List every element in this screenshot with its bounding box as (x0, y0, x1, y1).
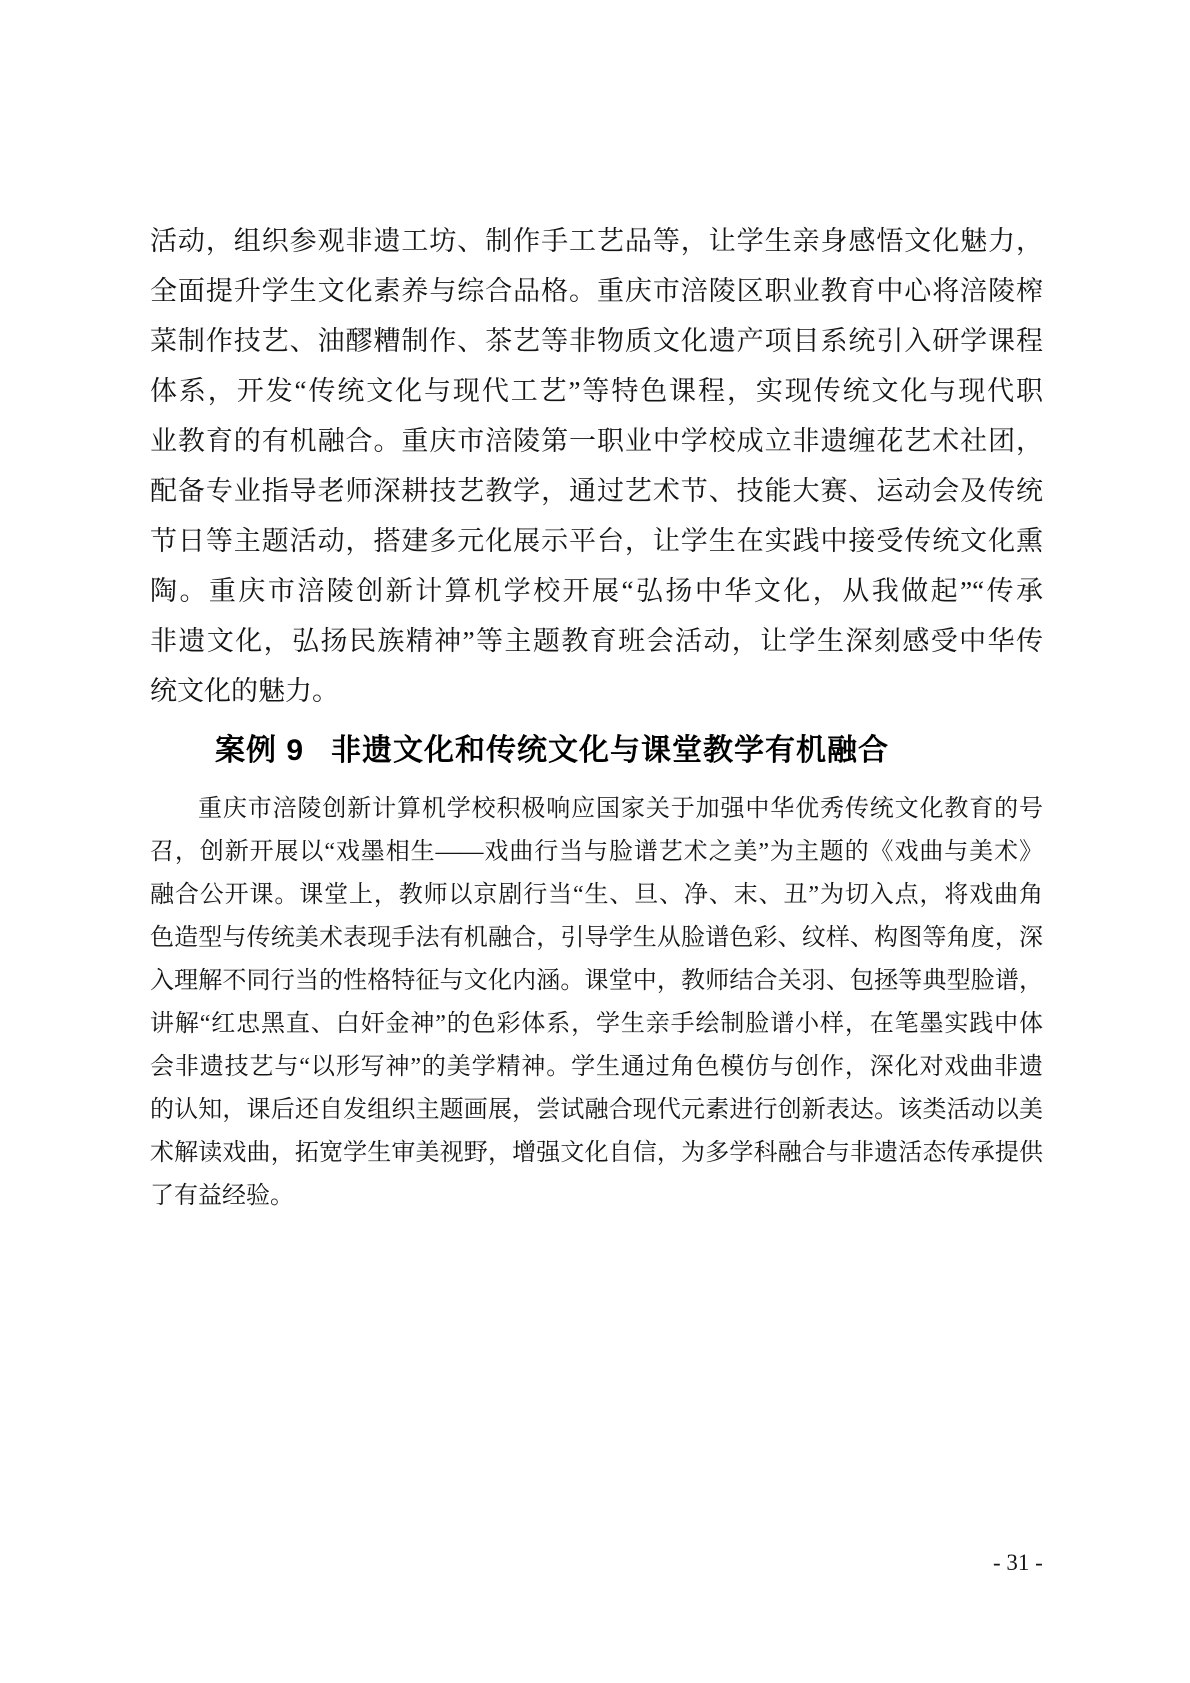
text-line: 融合公开课。课堂上，教师以京剧行当“生、旦、净、末、丑”为切入点，将戏曲角 (150, 874, 1043, 917)
case-number-label: 案例 9 (215, 734, 304, 767)
case-title: 非遗文化和传统文化与课堂教学有机融合 (331, 734, 889, 767)
case-heading: 案例 9非遗文化和传统文化与课堂教学有机融合 (215, 732, 889, 770)
text-line: 活动，组织参观非遗工坊、制作手工艺品等，让学生亲身感悟文化魅力， (150, 216, 1043, 266)
text-line: 体系，开发“传统文化与现代工艺”等特色课程，实现传统文化与现代职 (150, 366, 1043, 416)
text-line: 陶。重庆市涪陵创新计算机学校开展“弘扬中华文化，从我做起”“传承 (150, 566, 1043, 616)
document-page: 活动，组织参观非遗工坊、制作手工艺品等，让学生亲身感悟文化魅力， 全面提升学生文… (0, 0, 1190, 1683)
text-line: 术解读戏曲，拓宽学生审美视野，增强文化自信，为多学科融合与非遗活态传承提供 (150, 1132, 1043, 1175)
text-line: 召，创新开展以“戏墨相生——戏曲行当与脸谱艺术之美”为主题的《戏曲与美术》 (150, 831, 1043, 874)
text-line: 色造型与传统美术表现手法有机融合，引导学生从脸谱色彩、纹样、构图等角度，深 (150, 917, 1043, 960)
text-line: 入理解不同行当的性格特征与文化内涵。课堂中，教师结合关羽、包拯等典型脸谱， (150, 960, 1043, 1003)
text-line: 统文化的魅力。 (150, 666, 1043, 716)
text-line: 的认知，课后还自发组织主题画展，尝试融合现代元素进行创新表达。该类活动以美 (150, 1089, 1043, 1132)
text-line: 了有益经验。 (150, 1175, 1043, 1218)
text-line: 菜制作技艺、油醪糟制作、茶艺等非物质文化遗产项目系统引入研学课程 (150, 316, 1043, 366)
text-line: 全面提升学生文化素养与综合品格。重庆市涪陵区职业教育中心将涪陵榨 (150, 266, 1043, 316)
text-line: 讲解“红忠黑直、白奸金神”的色彩体系，学生亲手绘制脸谱小样，在笔墨实践中体 (150, 1003, 1043, 1046)
page-number: - 31 - (993, 1549, 1043, 1577)
text-line: 重庆市涪陵创新计算机学校积极响应国家关于加强中华优秀传统文化教育的号 (150, 788, 1043, 831)
text-line: 会非遗技艺与“以形写神”的美学精神。学生通过角色模仿与创作，深化对戏曲非遗 (150, 1046, 1043, 1089)
text-line: 业教育的有机融合。重庆市涪陵第一职业中学校成立非遗缠花艺术社团， (150, 416, 1043, 466)
paragraph-continued: 活动，组织参观非遗工坊、制作手工艺品等，让学生亲身感悟文化魅力， 全面提升学生文… (150, 216, 1043, 716)
paragraph-case-body: 重庆市涪陵创新计算机学校积极响应国家关于加强中华优秀传统文化教育的号 召，创新开… (150, 788, 1043, 1218)
text-line: 配备专业指导老师深耕技艺教学，通过艺术节、技能大赛、运动会及传统 (150, 466, 1043, 516)
text-line: 非遗文化，弘扬民族精神”等主题教育班会活动，让学生深刻感受中华传 (150, 616, 1043, 666)
text-line: 节日等主题活动，搭建多元化展示平台，让学生在实践中接受传统文化熏 (150, 516, 1043, 566)
